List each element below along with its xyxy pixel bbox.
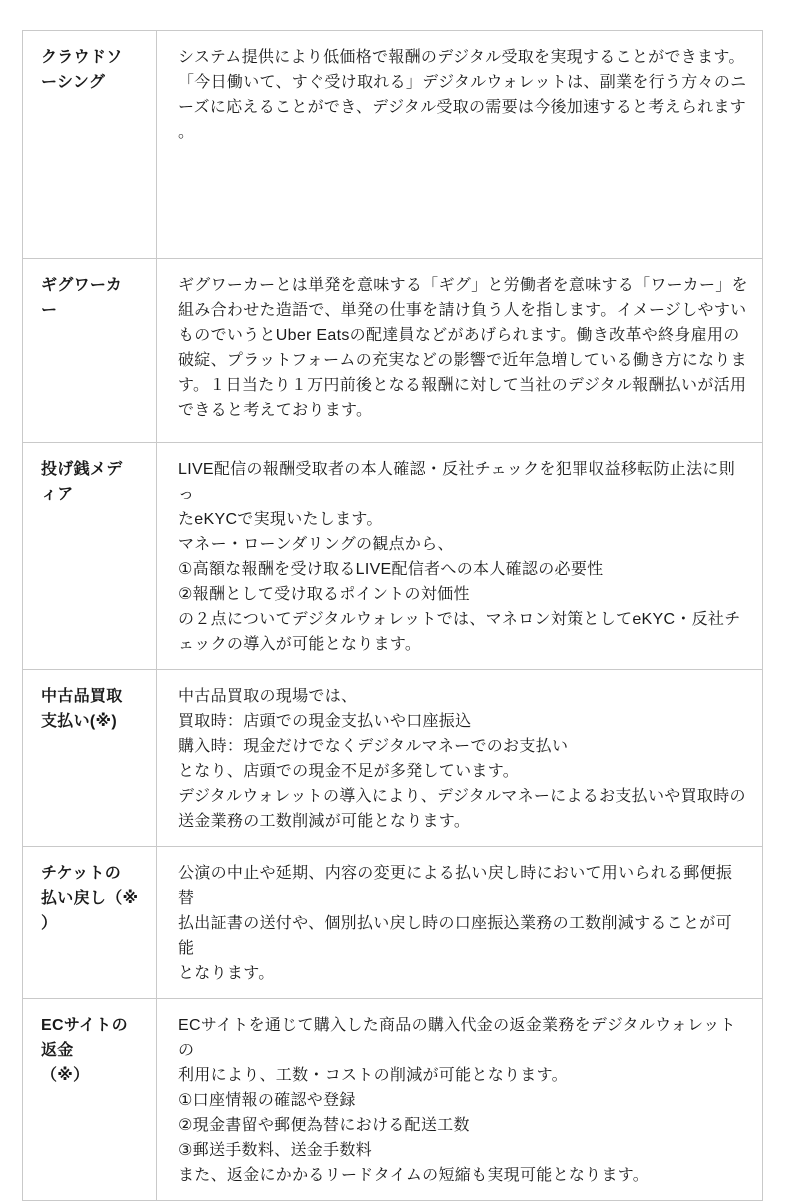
use-case-table: クラウドソ ーシング システム提供により低価格で報酬のデジタル受取を実現すること… (22, 30, 763, 1201)
description-cell: ECサイトを通じて購入した商品の購入代金の返金業務をデジタルウォレットの 利用に… (157, 999, 763, 1201)
table-row: 中古品買取 支払い(※) 中古品買取の現場では、 買取時：店頭での現金支払いや口… (23, 670, 763, 847)
term-cell: 投げ銭メデ ィア (23, 443, 157, 670)
description-cell: 中古品買取の現場では、 買取時：店頭での現金支払いや口座振込 購入時：現金だけで… (157, 670, 763, 847)
term-cell: 中古品買取 支払い(※) (23, 670, 157, 847)
term-cell: ECサイトの 返金 （※） (23, 999, 157, 1201)
term-cell: ギグワーカ ー (23, 259, 157, 443)
table-row: クラウドソ ーシング システム提供により低価格で報酬のデジタル受取を実現すること… (23, 31, 763, 259)
description-cell: ギグワーカーとは単発を意味する「ギグ」と労働者を意味する「ワーカー」を 組み合わ… (157, 259, 763, 443)
description-cell: システム提供により低価格で報酬のデジタル受取を実現することができます。 「今日働… (157, 31, 763, 259)
document-body: クラウドソ ーシング システム提供により低価格で報酬のデジタル受取を実現すること… (22, 30, 762, 1201)
table-row: 投げ銭メデ ィア LIVE配信の報酬受取者の本人確認・反社チェックを犯罪収益移転… (23, 443, 763, 670)
description-cell: LIVE配信の報酬受取者の本人確認・反社チェックを犯罪収益移転防止法に則っ たe… (157, 443, 763, 670)
table-row: ギグワーカ ー ギグワーカーとは単発を意味する「ギグ」と労働者を意味する「ワーカ… (23, 259, 763, 443)
table-row: チケットの 払い戻し（※ ） 公演の中止や延期、内容の変更による払い戻し時におい… (23, 847, 763, 999)
table-row: ECサイトの 返金 （※） ECサイトを通じて購入した商品の購入代金の返金業務を… (23, 999, 763, 1201)
term-cell: チケットの 払い戻し（※ ） (23, 847, 157, 999)
description-cell: 公演の中止や延期、内容の変更による払い戻し時において用いられる郵便振替 払出証書… (157, 847, 763, 999)
term-cell: クラウドソ ーシング (23, 31, 157, 259)
